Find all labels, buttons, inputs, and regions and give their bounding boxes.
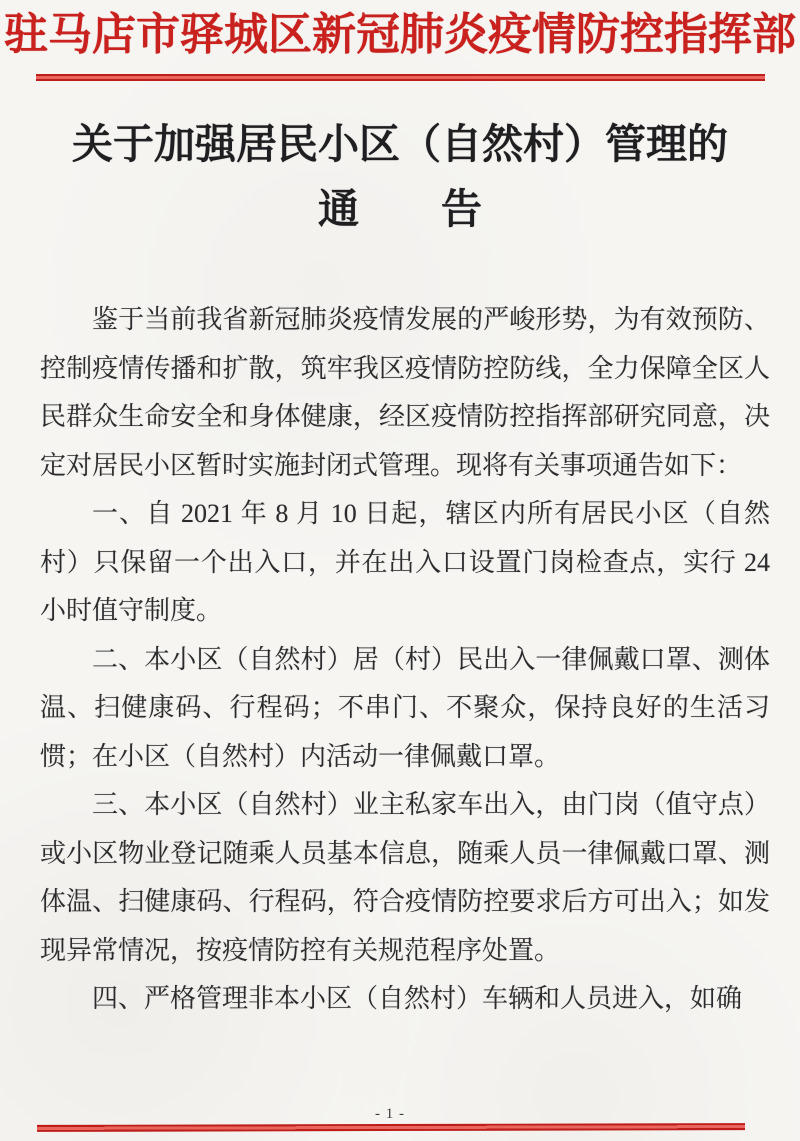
- page-number: - 1 -: [375, 1106, 405, 1123]
- paragraph-item-4: 四、严格管理非本小区（自然村）车辆和人员进入，如确: [40, 975, 770, 1024]
- doc-title-line1: 关于加强居民小区（自然村）管理的: [0, 122, 800, 167]
- footer-rule: [37, 1123, 745, 1132]
- letterhead-rule: [36, 74, 765, 81]
- paragraph-item-3: 三、本小区（自然村）业主私家车出入，由门岗（值守点）或小区物业登记随乘人员基本信…: [40, 781, 770, 975]
- paragraph-item-1: 一、自 2021 年 8 月 10 日起，辖区内所有居民小区（自然村）只保留一个…: [40, 490, 770, 636]
- doc-title-line2: 通 告: [0, 187, 800, 232]
- document-page: 驻马店市驿城区新冠肺炎疫情防控指挥部 关于加强居民小区（自然村）管理的 通 告 …: [0, 0, 800, 1141]
- paragraph-item-2: 二、本小区（自然村）居（村）民出入一律佩戴口罩、测体温、扫健康码、行程码；不串门…: [40, 636, 770, 782]
- doc-body: 鉴于当前我省新冠肺炎疫情发展的严峻形势，为有效预防、控制疫情传播和扩散，筑牢我区…: [40, 296, 770, 1024]
- letterhead-org-name: 驻马店市驿城区新冠肺炎疫情防控指挥部: [0, 12, 800, 58]
- paragraph-intro: 鉴于当前我省新冠肺炎疫情发展的严峻形势，为有效预防、控制疫情传播和扩散，筑牢我区…: [40, 296, 770, 490]
